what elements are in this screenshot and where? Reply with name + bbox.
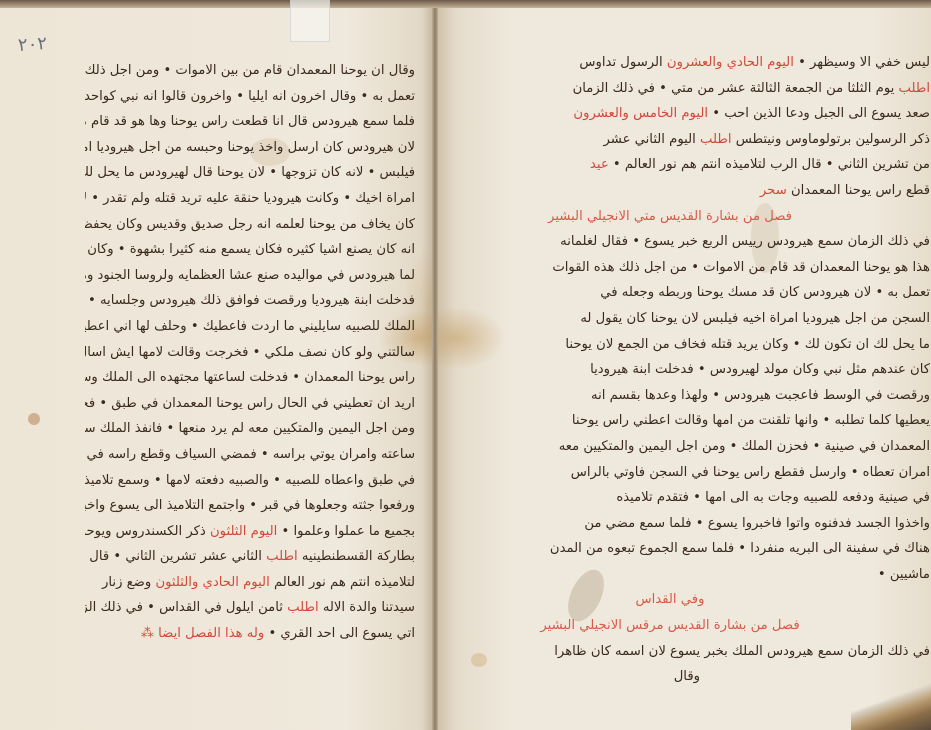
manuscript-spread: ٢٠٢ وقال ان يوحنا المعمدان قام من بين ال…: [0, 0, 931, 730]
text-line: كان عندهم مثل نبي وكان مولد لهيرودس • فد…: [470, 357, 930, 383]
text-line: قطع راس يوحنا المعمدان سحر: [470, 178, 930, 204]
rubric: اطلب: [287, 600, 318, 615]
text-line: واخذوا الجسد فدفنوه واتوا فاخبروا يسوع •…: [470, 511, 930, 537]
text-line: صعد يسوع الى الجبل ودعا الذين احب • اليو…: [470, 101, 930, 127]
text-line: لما هيرودس في مواليده صنع عشا العظمايه و…: [85, 263, 415, 289]
text-line: فيلبس • لانه كان تزوجها • لان يوحنا قال …: [85, 160, 415, 186]
rubric: وله هذا الفصل ايضا: [158, 626, 264, 641]
text-line: في ذلك الزمان سمع هيرودس الملك بخبر يسوع…: [470, 639, 930, 665]
text-line: السجن من اجل هيروديا امراة اخيه فيلبس لا…: [470, 306, 930, 332]
text-line: فلما سمع هيرودس قال انا قطعت راس يوحنا و…: [85, 109, 415, 135]
text-line: في طبق واعطاه للصبيه • والصبيه دفعته لام…: [85, 468, 415, 494]
rubric: اطلب: [899, 81, 930, 96]
end-ornament-icon: ⁂: [141, 626, 154, 641]
text-line: ساعته وامران يوتي براسه • فمضي السياف وق…: [85, 442, 415, 468]
tape-strip: [290, 0, 330, 42]
text-line: هناك في سفينة الى البريه منفردا • فلما س…: [470, 536, 930, 562]
text-line: من تشرين الثاني • قال الرب لتلاميذه انتم…: [470, 152, 930, 178]
text-line: ماشيين •: [470, 562, 930, 588]
text-line: الملك للصبيه سايليني ما اردت فاعطيك • وح…: [85, 314, 415, 340]
text-line: هذا هو يوحنا المعمدان قد قام من الاموات …: [470, 255, 930, 281]
text-line: لتلاميذه انتم هم نور العالم اليوم الحادي…: [85, 570, 415, 596]
folio-number: ٢٠٢: [17, 33, 47, 56]
rubric: اليوم الثلثون: [210, 524, 277, 539]
text-line: بطاركة القسطنطينيه اطلب الثاني عشر تشرين…: [85, 544, 415, 570]
text-line: تعمل به • وقال اخرون انه ايليا • واخرون …: [85, 84, 415, 110]
text-line: لان هيرودس كان ارسل واخذ يوحنا وحبسه من …: [85, 135, 415, 161]
text-line: سيدتنا والدة الاله اطلب ثامن ايلول في ال…: [85, 595, 415, 621]
text-line: امران تعطاه • وارسل فقطع راس يوحنا في ال…: [470, 460, 930, 486]
text-line: ليس خفي الا وسيظهر • اليوم الحادي والعشر…: [470, 50, 930, 76]
text-line: ورقصت في الوسط فاعجبت هيرودس • ولهذا وعد…: [470, 383, 930, 409]
text-line: بجميع ما عملوا وعلموا • اليوم الثلثون ذك…: [85, 519, 415, 545]
text-line: ذكر الرسولين برتولوماوس ونيتطس اطلب اليو…: [470, 127, 930, 153]
text-line: اريد ان تعطيني في الحال راس يوحنا المعمد…: [85, 391, 415, 417]
rubric: عيد: [590, 157, 609, 172]
rubric: اليوم الخامس والعشرون: [573, 106, 708, 121]
text-line: اطلب يوم الثلثا من الجمعة الثالثة عشر من…: [470, 76, 930, 102]
section-heading: وفي القداس: [470, 587, 930, 613]
text-line: انه كان يصنع اشيا كثيره فكان يسمع منه كث…: [85, 237, 415, 263]
text-line: كان يخاف من يوحنا لعلمه انه رجل صديق وقد…: [85, 212, 415, 238]
left-page-text: وقال ان يوحنا المعمدان قام من بين الاموا…: [85, 58, 415, 647]
text-line: فدخلت ابنة هيروديا ورقصت فوافق ذلك هيرود…: [85, 288, 415, 314]
rubric: اطلب: [266, 549, 297, 564]
section-heading: فصل من بشارة القديس متي الانجيلي البشير: [470, 204, 930, 230]
text-line: ورفعوا جثته وجعلوها في قبر • واجتمع التل…: [85, 493, 415, 519]
rubric: سحر: [760, 183, 787, 198]
text-line: في صينية ودفعه للصبيه وجات به الى امها •…: [470, 485, 930, 511]
binding-gutter: [432, 8, 438, 730]
text-line: تعمل به • لان هيرودس كان قد مسك يوحنا ور…: [470, 280, 930, 306]
text-line: سالتني ولو كان نصف ملكي • فخرجت وقالت لا…: [85, 340, 415, 366]
rubric: اطلب: [700, 132, 731, 147]
text-line: ما يحل لك ان تكون لك • وكان يريد قتله فخ…: [470, 332, 930, 358]
rubric: اليوم الحادي والعشرون: [667, 55, 794, 70]
text-line: يعطيها كلما تطلبه • وانها تلقنت من امها …: [470, 408, 930, 434]
text-line: في ذلك الزمان سمع هيرودس رييس الربع خبر …: [470, 229, 930, 255]
text-line: وقال ان يوحنا المعمدان قام من بين الاموا…: [85, 58, 415, 84]
text-line: راس يوحنا المعمدان • فدخلت لساعتها مجتهد…: [85, 365, 415, 391]
text-line: امراة اخيك • وكانت هيروديا حنقة عليه تري…: [85, 186, 415, 212]
page-edges-stack: [851, 680, 931, 730]
text-line: المعمدان في صينية • فحزن الملك • ومن اجل…: [470, 434, 930, 460]
rubric: اليوم الحادي والثلثون: [155, 575, 269, 590]
section-heading: فصل من بشارة القديس مرقس الانجيلي البشير: [470, 613, 930, 639]
text-line: ومن اجل اليمين والمتكيين معه لم يرد منعه…: [85, 416, 415, 442]
right-page-text: ليس خفي الا وسيظهر • اليوم الحادي والعشر…: [470, 50, 930, 690]
text-line: اتي يسوع الى احد القري • وله هذا الفصل ا…: [85, 621, 415, 647]
